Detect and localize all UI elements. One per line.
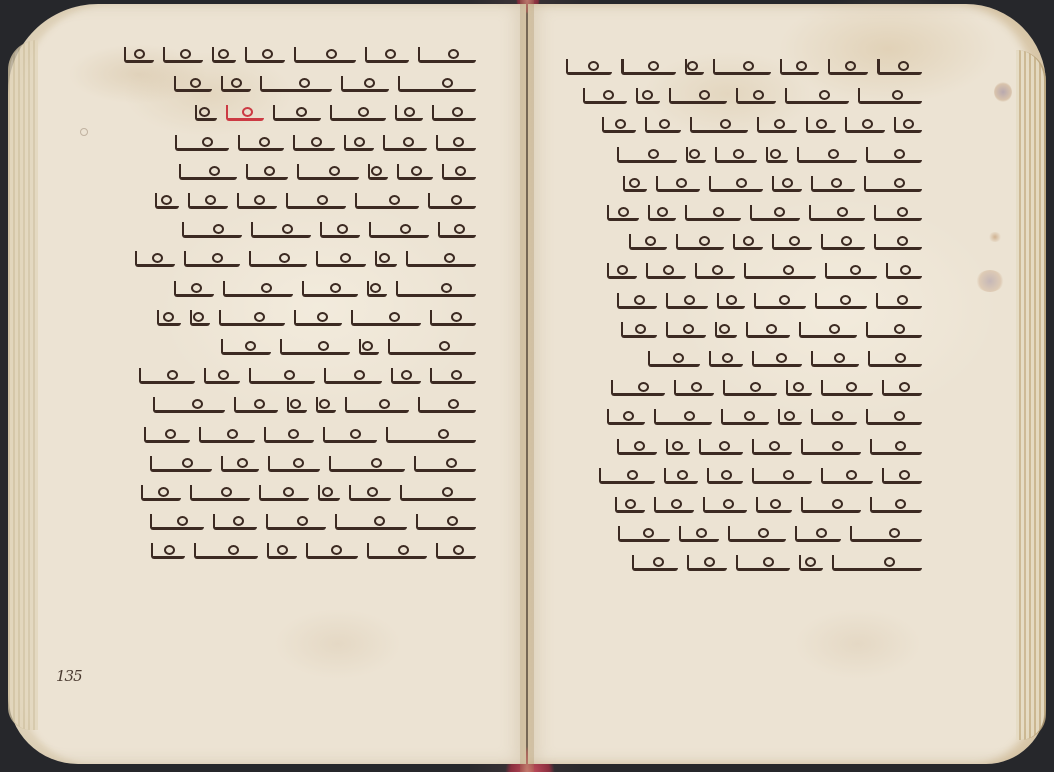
script-word [685,66,704,75]
script-word [850,533,922,542]
spine-gutter [520,0,534,772]
script-word [157,317,181,326]
script-word [825,270,877,279]
script-word [686,154,706,163]
script-word [268,463,320,472]
manuscript-line-1 [566,56,922,85]
script-word [617,446,657,455]
script-word [772,241,812,250]
script-word [386,434,476,443]
script-word [267,550,297,559]
script-word [821,475,873,484]
script-word [188,200,228,209]
script-word [715,329,737,338]
right-fore-edge [1016,50,1046,740]
script-word [175,142,229,151]
manuscript-line-2 [566,85,922,114]
script-word [345,404,409,413]
manuscript-line-7 [118,219,476,248]
script-word [756,504,792,513]
script-word [811,358,859,367]
manuscript-line-5 [566,173,922,202]
script-word [213,521,257,530]
script-word [150,463,212,472]
script-word [365,54,409,63]
script-word [329,463,405,472]
script-word [599,475,655,484]
script-word [400,492,476,501]
script-word [302,288,358,297]
script-word [251,229,311,238]
script-word [728,533,786,542]
script-word [679,533,719,542]
script-word [367,288,387,297]
script-word [778,416,802,425]
script-word [870,504,922,513]
script-word [666,300,708,309]
script-word [139,375,195,384]
script-word [174,83,212,92]
script-word [396,288,476,297]
script-word [383,142,427,151]
script-word [656,183,700,192]
script-word [273,112,321,121]
script-word [607,270,637,279]
script-word [341,83,389,92]
script-word [736,562,790,571]
script-word [184,258,240,267]
script-word [801,504,861,513]
script-word [866,329,922,338]
script-word [264,434,314,443]
script-word [632,562,678,571]
script-word [190,317,210,326]
manuscript-line-17 [566,523,922,552]
script-word [866,154,922,163]
stain-dot [80,128,88,136]
script-word [645,124,681,133]
script-word [757,124,797,133]
rubric-word [226,112,264,121]
script-word [335,521,407,530]
script-word [432,112,476,121]
script-word [395,112,423,121]
script-word [874,241,922,250]
manuscript-line-11 [118,336,476,365]
script-word [666,446,690,455]
script-word [293,142,335,151]
script-word [636,95,660,104]
script-word [772,183,802,192]
manuscript-line-14 [566,435,922,464]
manuscript-line-1 [118,44,476,73]
script-word [221,463,259,472]
manuscript-line-15 [118,453,476,482]
script-word [195,112,217,121]
script-word [809,212,865,221]
script-word [238,142,284,151]
script-word [219,317,285,326]
script-word [566,66,612,75]
manuscript-line-6 [118,190,476,219]
manuscript-line-2 [118,73,476,102]
script-word [204,375,240,384]
script-word [801,446,861,455]
manuscript-line-14 [118,423,476,452]
script-word [721,416,769,425]
script-word [795,533,841,542]
script-word [866,416,922,425]
script-word [324,375,382,384]
script-word [709,183,763,192]
manuscript-line-7 [566,231,922,260]
script-word [785,95,849,104]
script-word [221,346,271,355]
stain-spot [994,82,1012,102]
script-word [877,66,922,75]
script-word [874,212,922,221]
script-word [797,154,857,163]
script-word [821,241,865,250]
script-word [436,550,476,559]
script-word [182,229,242,238]
script-word [416,521,476,530]
script-word [151,550,185,559]
script-word [221,83,251,92]
manuscript-line-15 [566,465,922,494]
script-word [388,346,476,355]
script-word [344,142,374,151]
manuscript-line-3 [118,102,476,131]
script-word [607,212,639,221]
manuscript-line-4 [566,144,922,173]
manuscript-line-4 [118,132,476,161]
left-fore-edge [8,40,38,730]
script-word [602,124,636,133]
script-word [294,54,356,63]
script-word [821,387,873,396]
script-word [245,54,285,63]
script-word [438,229,476,238]
script-word [249,258,307,267]
script-word [430,317,476,326]
script-word [623,183,647,192]
manuscript-line-9 [118,278,476,307]
script-word [316,404,336,413]
manuscript-line-12 [566,377,922,406]
script-word [646,270,686,279]
script-word [685,212,741,221]
script-word [664,475,698,484]
script-word [709,358,743,367]
script-word [391,375,421,384]
script-word [199,434,255,443]
script-word [406,258,476,267]
script-word [864,183,922,192]
script-word [155,200,179,209]
script-word [870,446,922,455]
script-word [780,66,819,75]
script-word [260,83,332,92]
script-word [750,212,800,221]
script-word [323,434,377,443]
left-text-block [118,44,476,569]
manuscript-photo: 135 [0,0,1054,772]
script-word [733,241,763,250]
script-word [717,300,745,309]
script-word [212,54,236,63]
script-word [746,329,790,338]
script-word [754,300,806,309]
script-word [234,404,278,413]
script-word [428,200,476,209]
script-word [687,562,727,571]
manuscript-line-13 [566,406,922,435]
manuscript-line-13 [118,394,476,423]
script-word [144,434,190,443]
script-word [418,54,476,63]
script-word [845,124,885,133]
script-word [766,154,788,163]
script-word [617,154,677,163]
script-word [442,171,476,180]
script-word [621,329,657,338]
script-word [894,124,922,133]
manuscript-line-16 [566,494,922,523]
manuscript-line-6 [566,202,922,231]
script-word [179,171,237,180]
script-word [369,229,429,238]
script-word [806,124,836,133]
script-word [246,171,288,180]
script-word [414,463,476,472]
script-word [320,229,360,238]
manuscript-line-8 [566,260,922,289]
script-word [316,258,366,267]
script-word [648,212,676,221]
manuscript-line-10 [566,319,922,348]
script-word [266,521,326,530]
script-word [811,183,855,192]
script-word [752,358,802,367]
script-word [654,504,694,513]
script-word [669,95,727,104]
script-word [249,375,315,384]
script-word [828,66,869,75]
manuscript-line-3 [566,114,922,143]
script-word [715,154,757,163]
script-word [618,533,670,542]
script-word [368,171,388,180]
script-word [886,270,922,279]
script-word [287,404,307,413]
manuscript-line-11 [566,348,922,377]
right-text-block [566,56,922,581]
script-word [607,416,645,425]
script-word [297,171,359,180]
script-word [398,83,476,92]
script-word [237,200,277,209]
script-word [174,288,214,297]
script-word [163,54,203,63]
script-word [676,241,724,250]
script-word [124,54,154,63]
script-word [359,346,379,355]
script-word [615,504,645,513]
script-word [355,200,419,209]
manuscript-line-18 [118,540,476,569]
script-word [397,171,433,180]
script-word [611,387,665,396]
script-word [194,550,258,559]
script-word [723,387,777,396]
script-word [141,492,181,501]
script-word [815,300,867,309]
script-word [349,492,391,501]
script-word [876,300,922,309]
script-word [882,475,922,484]
script-word [799,329,857,338]
script-word [811,416,857,425]
script-word [351,317,421,326]
script-word [674,387,714,396]
script-word [330,112,386,121]
script-word [707,475,743,484]
script-word [654,416,712,425]
script-word [713,66,771,75]
manuscript-line-16 [118,482,476,511]
script-word [375,258,397,267]
manuscript-line-12 [118,365,476,394]
script-word [744,270,816,279]
script-word [135,258,175,267]
script-word [617,300,657,309]
script-word [153,404,225,413]
script-word [690,124,748,133]
script-word [286,200,346,209]
script-word [418,404,476,413]
script-word [294,317,342,326]
script-word [621,66,675,75]
script-word [306,550,358,559]
script-word [752,446,792,455]
script-word [190,492,250,501]
script-word [858,95,922,104]
script-word [367,550,427,559]
script-word [666,329,706,338]
stain-spot [976,270,1004,292]
script-word [150,521,204,530]
manuscript-line-9 [566,290,922,319]
script-word [868,358,922,367]
script-word [318,492,340,501]
manuscript-line-17 [118,511,476,540]
script-word [832,562,922,571]
script-word [223,288,293,297]
script-word [703,504,747,513]
script-word [786,387,812,396]
script-word [699,446,743,455]
manuscript-line-5 [118,161,476,190]
script-word [629,241,667,250]
script-word [280,346,350,355]
script-word [695,270,735,279]
manuscript-line-18 [566,552,922,581]
script-word [882,387,922,396]
script-word [583,95,627,104]
folio-number: 135 [56,667,82,685]
stain-spot [988,232,1002,242]
script-word [752,475,812,484]
script-word [799,562,823,571]
script-word [436,142,476,151]
script-word [648,358,700,367]
manuscript-line-10 [118,307,476,336]
script-word [736,95,776,104]
script-word [430,375,476,384]
script-word [259,492,309,501]
manuscript-line-8 [118,248,476,277]
